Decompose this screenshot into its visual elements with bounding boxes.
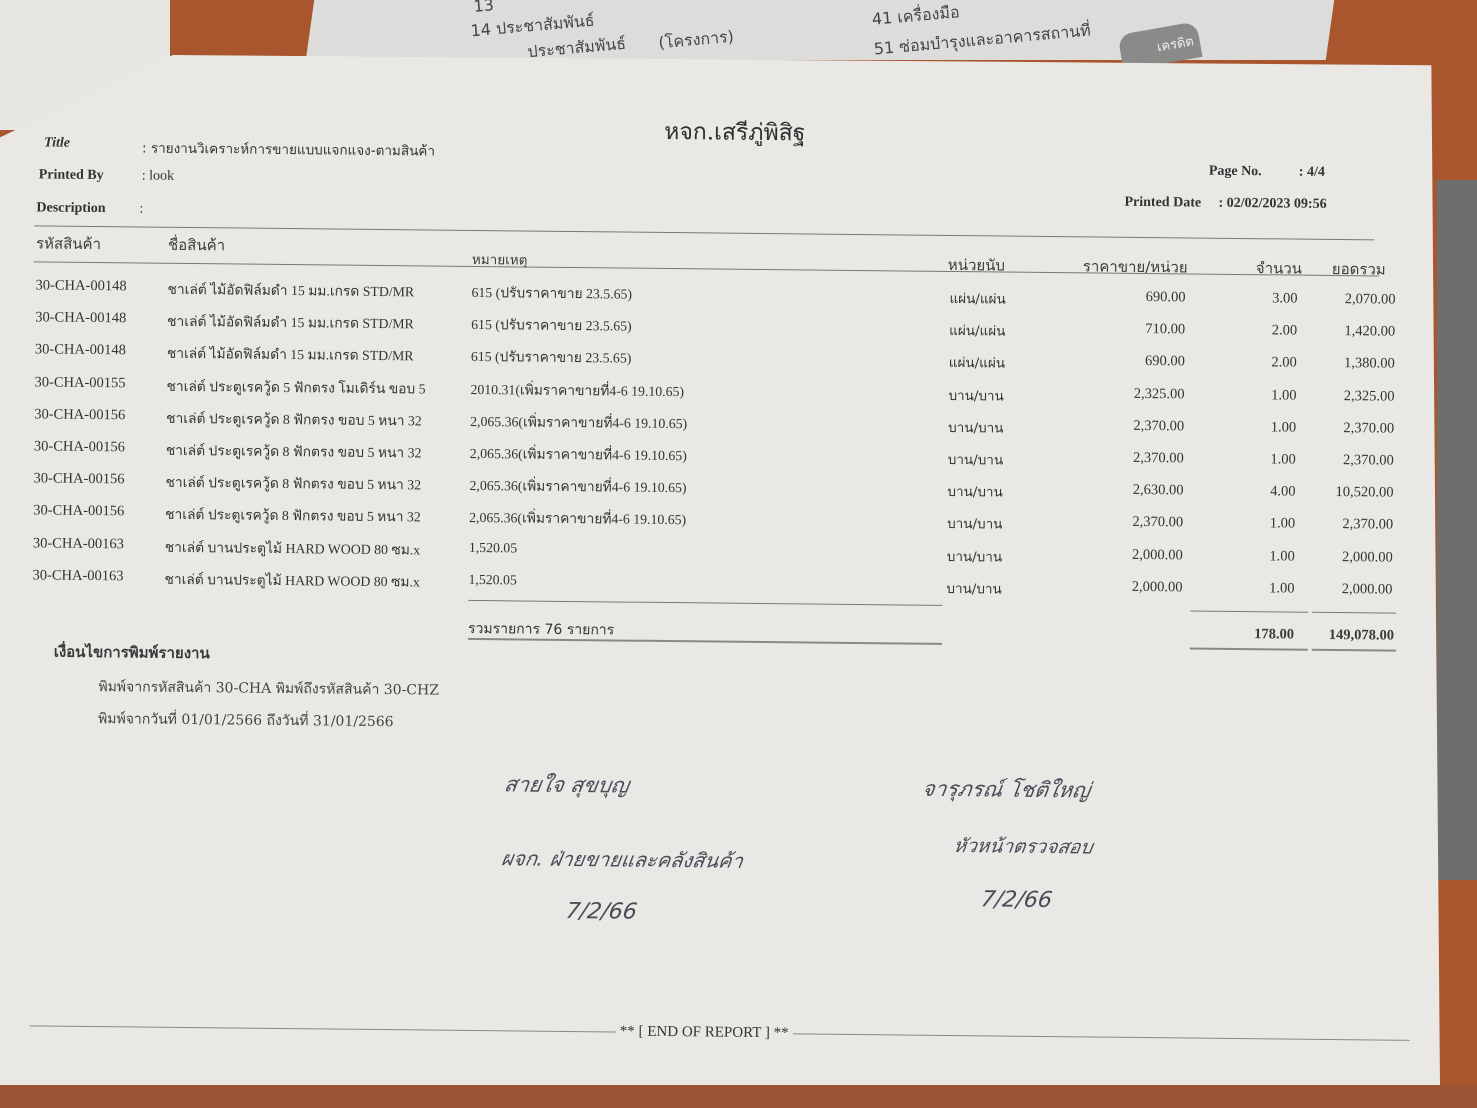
total-double-rule [1312, 649, 1396, 652]
signature-1-date: 7/2/66 [564, 899, 639, 925]
cell-qty: 1.00 [1270, 516, 1296, 533]
cell-code: 30-CHA-00148 [35, 342, 126, 360]
cell-unit: บาน/บาน [947, 512, 1003, 535]
summary-grand-total: 149,078.00 [1329, 627, 1394, 645]
title-value: : รายงานวิเคราะห์การขายแบบแจกแจง-ตามสินค… [142, 136, 435, 161]
printed-date-label: Printed Date [1124, 195, 1201, 212]
cell-price: 2,000.00 [1132, 546, 1183, 564]
cell-total: 2,000.00 [1342, 581, 1393, 599]
cell-qty: 1.00 [1269, 580, 1295, 597]
cell-total: 2,370.00 [1343, 420, 1394, 438]
cell-name: ชาเล่ต์ ประตูเรควู้ด 5 ฟักตรง โมเดิร์น ข… [166, 375, 425, 400]
cell-code: 30-CHA-00148 [35, 277, 126, 295]
cell-qty: 1.00 [1269, 548, 1295, 565]
cell-code: 30-CHA-00156 [33, 471, 124, 489]
cell-total: 2,000.00 [1342, 549, 1393, 567]
cell-price: 2,370.00 [1133, 450, 1184, 468]
report-table-body: 30-CHA-00148ชาเล่ต์ ไม้อัดฟิล์มดำ 15 มม.… [32, 277, 1405, 613]
cell-note: 615 (ปรับราคาขาย 23.5.65) [471, 346, 632, 370]
cell-name: ชาเล่ต์ ประตูเรควู้ด 8 ฟักตรง ขอบ 5 หนา … [166, 440, 422, 465]
cell-name: ชาเล่ต์ ประตูเรควู้ด 8 ฟักตรง ขอบ 5 หนา … [165, 472, 421, 497]
cell-unit: บาน/บาน [948, 384, 1004, 407]
cell-unit: แผ่น/แผ่น [949, 351, 1005, 374]
desk-surface [0, 1085, 1477, 1108]
cell-total: 2,070.00 [1345, 291, 1396, 309]
cell-note: 2,065.36(เพิ่มราคาขายที่4-6 19.10.65) [470, 411, 687, 435]
cell-code: 30-CHA-00163 [32, 567, 123, 585]
cell-qty: 2.00 [1272, 323, 1298, 340]
background-text: (โครงการ) [658, 25, 735, 56]
signature-2-position: หัวหน้าตรวจสอบ [952, 831, 1095, 862]
cell-code: 30-CHA-00156 [34, 406, 125, 424]
background-text: 13 [473, 0, 495, 16]
cell-price: 690.00 [1146, 289, 1186, 306]
cell-total: 2,370.00 [1343, 452, 1394, 470]
title-label: Title [44, 135, 70, 151]
cell-qty: 3.00 [1272, 290, 1298, 307]
printed-by-label: Printed By [39, 167, 104, 184]
cell-unit: บาน/บาน [947, 480, 1003, 503]
column-header-price: ราคาขาย/หน่วย [1083, 254, 1188, 279]
page-no-label: Page No. [1209, 164, 1262, 181]
cell-note: 1,520.05 [469, 539, 517, 556]
cell-unit: บาน/บาน [946, 577, 1002, 600]
cell-name: ชาเล่ต์ ไม้อัดฟิล์มดำ 15 มม.เกรด STD/MR [167, 343, 414, 368]
cell-code: 30-CHA-00148 [35, 310, 126, 328]
cell-name: ชาเล่ต์ บานประตูไม้ HARD WOOD 80 ซม.x [164, 568, 420, 593]
report-paper: หจก.เสรีภู่พิสิฐ Title : รายงานวิเคราะห์… [0, 55, 1440, 1085]
cell-name: ชาเล่ต์ ประตูเรควู้ด 8 ฟักตรง ขอบ 5 หนา … [165, 504, 421, 529]
cell-price: 2,370.00 [1132, 514, 1183, 532]
cell-note: 2,065.36(เพิ่มราคาขายที่4-6 19.10.65) [469, 475, 686, 499]
signature-1-name: สายใจ สุขบุญ [502, 768, 632, 802]
background-edge [1437, 180, 1477, 880]
signature-2-name: จารุภรณ์ โชติใหญ่ [920, 773, 1093, 808]
column-header-total: ยอดรวม [1332, 257, 1386, 282]
background-text: 41 เครื่องมือ [871, 0, 961, 33]
cell-code: 30-CHA-00163 [33, 535, 124, 553]
column-header-qty: จำนวน [1256, 256, 1302, 280]
cell-price: 710.00 [1145, 321, 1185, 338]
cell-name: ชาเล่ต์ ไม้อัดฟิล์มดำ 15 มม.เกรด STD/MR [167, 279, 414, 304]
qty-double-rule [1190, 647, 1308, 650]
cell-code: 30-CHA-00156 [34, 438, 125, 456]
cell-note: 2010.31(เพิ่มราคาขายที่4-6 19.10.65) [470, 379, 684, 403]
signature-1-position: ผจก. ฝ่ายขายและคลังสินค้า [499, 842, 745, 876]
cell-total: 10,520.00 [1335, 484, 1393, 502]
printed-date-value: : 02/02/2023 09:56 [1218, 196, 1326, 213]
cell-total: 1,420.00 [1344, 323, 1395, 341]
cell-total: 2,325.00 [1344, 388, 1395, 406]
cell-note: 615 (ปรับราคาขาย 23.5.65) [471, 282, 632, 306]
cell-note: 615 (ปรับราคาขาย 23.5.65) [471, 314, 632, 338]
cell-total: 2,370.00 [1342, 516, 1393, 534]
cell-unit: บาน/บาน [948, 448, 1004, 471]
description-label: Description [36, 200, 105, 217]
total-subtotal-rule [1312, 612, 1396, 614]
cell-price: 2,325.00 [1134, 385, 1185, 403]
cell-unit: แผ่น/แผ่น [949, 319, 1005, 342]
cell-name: ชาเล่ต์ ประตูเรควู้ด 8 ฟักตรง ขอบ 5 หนา … [166, 408, 422, 433]
cell-note: 2,065.36(เพิ่มราคาขายที่4-6 19.10.65) [470, 443, 687, 467]
cell-note: 1,520.05 [468, 572, 516, 589]
company-name: หจก.เสรีภู่พิสิฐ [664, 114, 806, 151]
signature-2-date: 7/2/66 [979, 887, 1054, 913]
print-condition-date-range: พิมพ์จากวันที่ 01/01/2566 ถึงวันที่ 31/0… [98, 708, 394, 733]
cell-note: 2,065.36(เพิ่มราคาขายที่4-6 19.10.65) [469, 507, 686, 531]
print-condition-product-range: พิมพ์จากรหัสสินค้า 30-CHA พิมพ์ถึงรหัสสิ… [98, 676, 439, 702]
cell-unit: แผ่น/แผ่น [949, 287, 1005, 310]
cell-code: 30-CHA-00156 [33, 503, 124, 521]
cell-qty: 1.00 [1271, 387, 1297, 404]
cell-qty: 1.00 [1271, 419, 1297, 436]
cell-qty: 4.00 [1270, 483, 1296, 500]
printed-by-value: : look [142, 168, 174, 184]
cell-price: 2,000.00 [1132, 579, 1183, 597]
cell-qty: 1.00 [1270, 451, 1296, 468]
cell-unit: บาน/บาน [947, 544, 1003, 567]
cell-price: 690.00 [1145, 353, 1185, 370]
cell-name: ชาเล่ต์ บานประตูไม้ HARD WOOD 80 ซม.x [165, 536, 421, 561]
cell-unit: บาน/บาน [948, 416, 1004, 439]
column-header-unit: หน่วยนับ [948, 253, 1005, 278]
cell-total: 1,380.00 [1344, 355, 1395, 373]
header-rule [34, 225, 1374, 240]
column-header-code: รหัสสินค้า [36, 231, 101, 256]
description-value: : [139, 201, 143, 217]
cell-price: 2,370.00 [1133, 418, 1184, 436]
cell-qty: 2.00 [1271, 355, 1297, 372]
cell-code: 30-CHA-00155 [34, 374, 125, 392]
column-header-name: ชื่อสินค้า [168, 233, 225, 258]
cell-name: ชาเล่ต์ ไม้อัดฟิล์มดำ 15 มม.เกรด STD/MR [167, 311, 414, 336]
page-no-value: : 4/4 [1299, 165, 1325, 181]
summary-qty-total: 178.00 [1254, 626, 1294, 643]
summary-double-rule [468, 638, 942, 645]
qty-subtotal-rule [1190, 610, 1308, 612]
cell-price: 2,630.00 [1133, 482, 1184, 500]
print-conditions-title: เงื่อนไขการพิมพ์รายงาน [54, 640, 210, 666]
end-of-report-marker: ** [ END OF REPORT ] ** [616, 1024, 793, 1043]
